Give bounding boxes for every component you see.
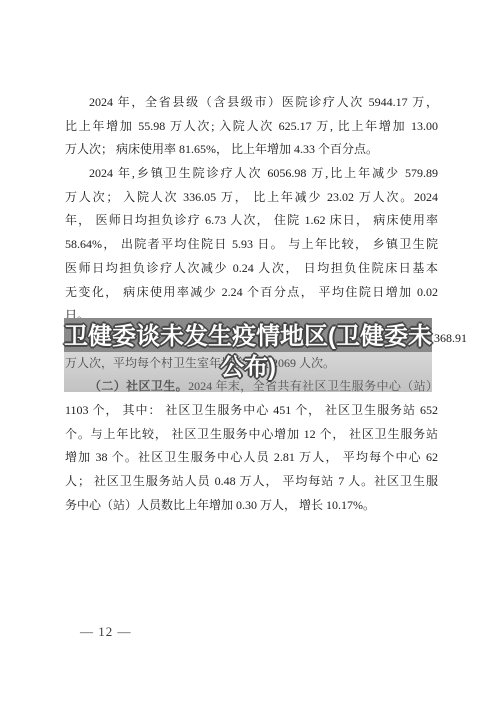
document-line: 年， 医师日均担负诊疗 6.73 人次， 住院 1.62 床日， 病床使用率 bbox=[65, 209, 438, 233]
page-number: — 12 — bbox=[80, 624, 132, 640]
line-text: 年， 医师日均担负诊疗 6.73 人次， 住院 1.62 床日， 病床使用率 bbox=[65, 213, 438, 227]
line-text: 2024 年，全省县级（含县级市）医院诊疗人次 5944.17 万， bbox=[89, 95, 438, 109]
line-text: 个。与上年比较， 社区卫生服务中心增加 12 个， 社区卫生服务站 bbox=[65, 427, 438, 441]
document-line: 无变化， 病床使用率减少 2.24 个百分点， 平均住院日增加 0.02 bbox=[65, 281, 438, 305]
line-text: 58.64%， 出院者平均住院日 5.93 日。 与上年比较， 乡镇卫生院 bbox=[65, 237, 438, 251]
line-text: 2024 年,乡镇卫生院诊疗人次 6056.98 万,比上年减少 579.89 bbox=[89, 166, 438, 180]
line-text: 人； 社区卫生服务站人员 0.48 万人， 平均每站 7 人。社区卫生服 bbox=[65, 474, 438, 488]
line-text: 1103 个， 其中： 社区卫生服务中心 451 个， 社区卫生服务站 652 bbox=[65, 403, 438, 417]
line-text: 无变化， 病床使用率减少 2.24 个百分点， 平均住院日增加 0.02 bbox=[65, 285, 438, 299]
document-line: 人； 社区卫生服务站人员 0.48 万人， 平均每站 7 人。社区卫生服 bbox=[65, 470, 438, 494]
document-line: 医师日均担负诊疗人次减少 0.24 人次， 日均担负住院床日基本 bbox=[65, 257, 438, 281]
line-text: 比上年增加 55.98 万人次; 入院人次 625.17 万, 比上年增加 13… bbox=[65, 119, 438, 133]
document-line: 2024 年,乡镇卫生院诊疗人次 6056.98 万,比上年减少 579.89 bbox=[65, 162, 438, 186]
watermark-title-line2: 公布) bbox=[220, 354, 276, 381]
document-line: 1103 个， 其中： 社区卫生服务中心 451 个， 社区卫生服务站 652 bbox=[65, 399, 438, 423]
document-page: 2024 年，全省县级（含县级市）医院诊疗人次 5944.17 万，比上年增加 … bbox=[0, 0, 500, 707]
line-text: 医师日均担负诊疗人次减少 0.24 人次， 日均担负住院床日基本 bbox=[65, 261, 438, 275]
document-line: 万人次； 入院人次 336.05 万， 比上年减少 23.02 万人次。2024 bbox=[65, 186, 438, 210]
line-text: 万人次； 病床使用率 81.65%， 比上年增加 4.33 个百分点。 bbox=[65, 142, 378, 156]
document-text-block: 2024 年，全省县级（含县级市）医院诊疗人次 5944.17 万，比上年增加 … bbox=[65, 91, 438, 517]
obscured-line-visible-number: 368.91 bbox=[434, 331, 467, 345]
document-line: 个。与上年比较， 社区卫生服务中心增加 12 个， 社区卫生服务站 bbox=[65, 423, 438, 447]
document-line: 2024 年，全省县级（含县级市）医院诊疗人次 5944.17 万， bbox=[65, 91, 438, 115]
document-line: 比上年增加 55.98 万人次; 入院人次 625.17 万, 比上年增加 13… bbox=[65, 115, 438, 139]
document-line: 58.64%， 出院者平均住院日 5.93 日。 与上年比较， 乡镇卫生院 bbox=[65, 233, 438, 257]
watermark-title: 卫健委谈未发生疫情地区(卫健委未 公布) bbox=[64, 321, 432, 383]
document-line: 务中心（站）人员数比上年增加 0.30 万人， 增长 10.17%。 bbox=[65, 494, 438, 518]
document-line: 万人次； 病床使用率 81.65%， 比上年增加 4.33 个百分点。 bbox=[65, 138, 438, 162]
document-line: 增加 38 个。社区卫生服务中心人员 2.81 万人， 平均每个中心 62 bbox=[65, 446, 438, 470]
line-text: 务中心（站）人员数比上年增加 0.30 万人， 增长 10.17%。 bbox=[65, 498, 375, 512]
watermark-title-line1: 卫健委谈未发生疫情地区(卫健委未 bbox=[64, 323, 432, 350]
line-text: 增加 38 个。社区卫生服务中心人员 2.81 万人， 平均每个中心 62 bbox=[65, 450, 438, 464]
line-text: 万人次； 入院人次 336.05 万， 比上年减少 23.02 万人次。2024 bbox=[65, 190, 438, 204]
